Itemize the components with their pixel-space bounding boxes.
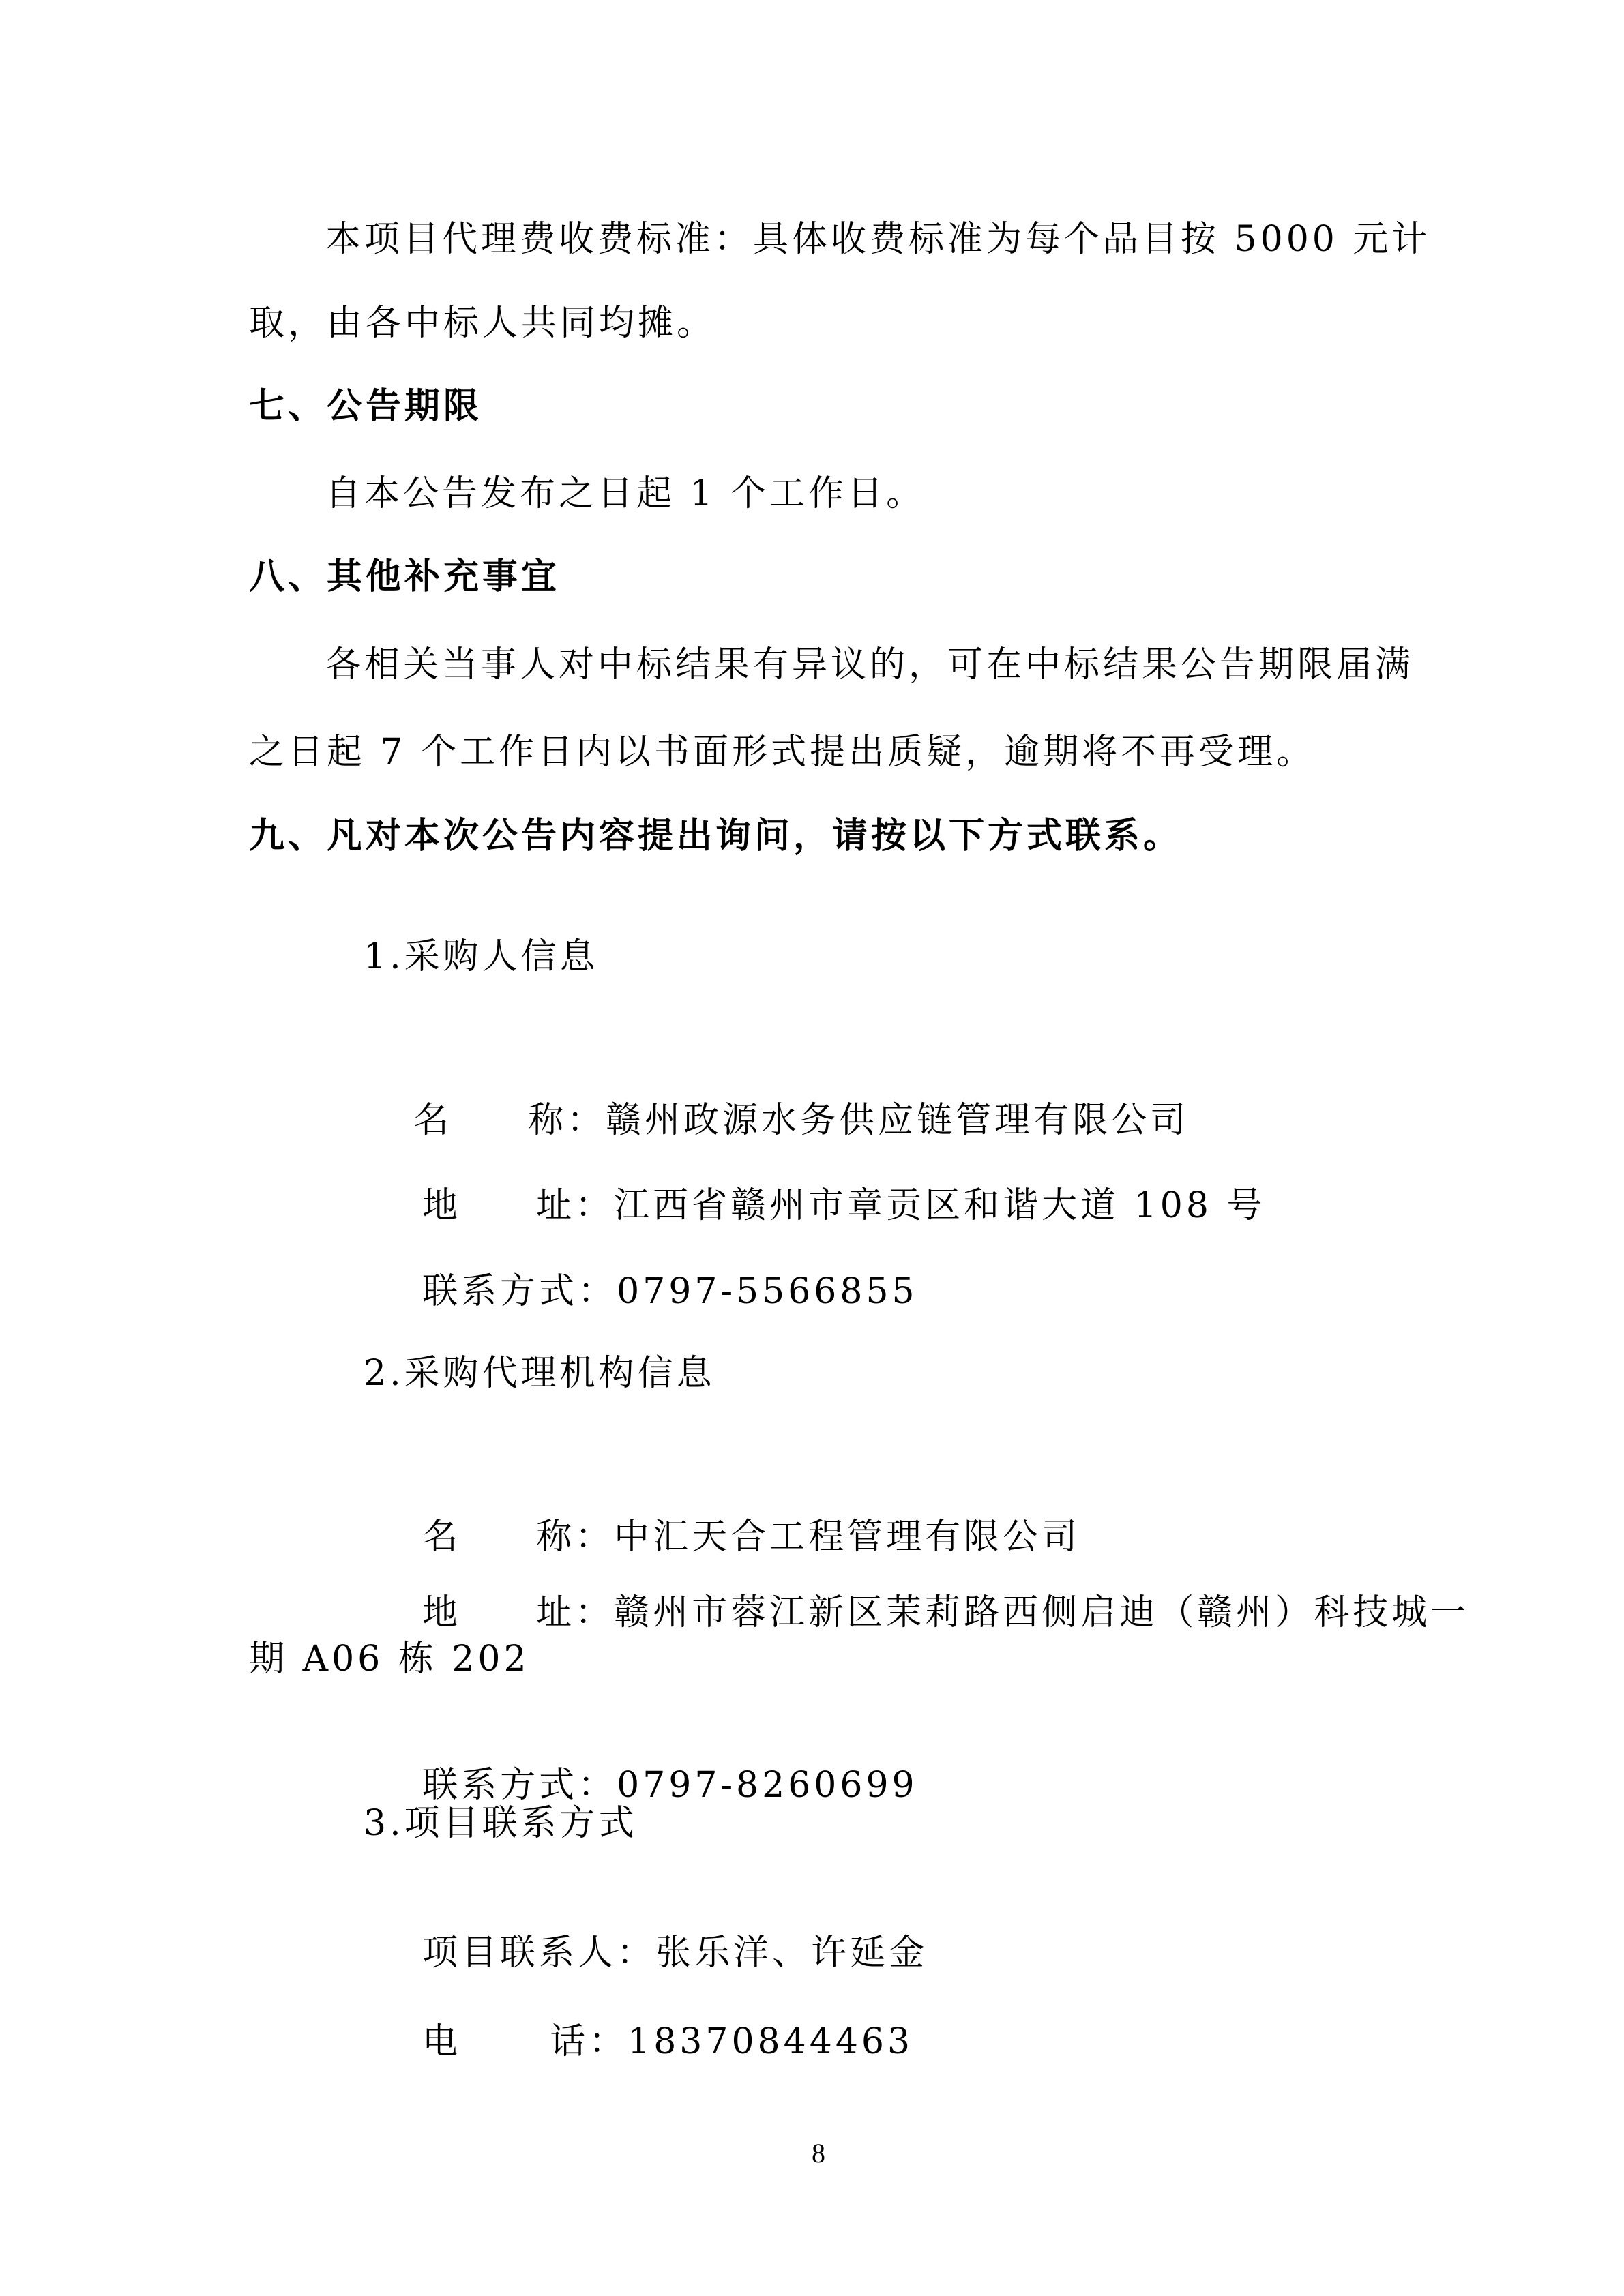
fee-paragraph-line-1: 本项目代理费收费标准：具体收费标准为每个品目按 5000 元计 [325,219,1376,260]
project-contact-people: 张乐洋、许延金 [655,1933,928,1973]
agency-address-value-line-1: 赣州市蓉江新区茉莉路西侧启迪（赣州）科技城一 [614,1592,1469,1633]
purchaser-phone-value: 0797-5566855 [617,1271,918,1312]
agency-address-row: 地址：赣州市蓉江新区茉莉路西侧启迪（赣州）科技城一 [364,1551,1373,1592]
purchaser-info-title: 1.采购人信息 [364,936,599,977]
agency-address-value-line-2: 期 A06 栋 202 [249,1639,530,1680]
agency-address-label-b: 址： [536,1592,614,1633]
project-phone-label-a: 电 [422,2021,550,2062]
project-contact-title: 3.项目联系方式 [364,1803,638,1844]
purchaser-address-value: 江西省赣州市章贡区和谐大道 108 号 [614,1185,1265,1226]
purchaser-address-row: 地址：江西省赣州市章贡区和谐大道 108 号 [364,1144,1265,1185]
project-contact-person-row: 项目联系人：张乐洋、许延金 [364,1892,928,1933]
notice-period-text: 自本公告发布之日起 1 个工作日。 [325,473,925,514]
section-heading-other-matters: 八、其他补充事宜 [249,556,560,597]
agency-phone-row: 联系方式：0797-8260699 [364,1724,918,1765]
document-page: 本项目代理费收费标准：具体收费标准为每个品目按 5000 元计 取，由各中标人共… [0,0,1624,2296]
purchaser-address-label-b: 址： [536,1185,614,1226]
agency-name-row: 名称：中汇天合工程管理有限公司 [364,1476,1080,1517]
agency-phone-value: 0797-8260699 [617,1765,918,1806]
purchaser-name-row: 名称：赣州政源水务供应链管理有限公司 [355,1059,1189,1100]
fee-paragraph-line-2: 取，由各中标人共同均摊。 [249,303,715,344]
purchaser-phone-label: 联系方式： [422,1271,617,1312]
project-phone-label-b: 话： [550,2021,628,2062]
objection-paragraph-line-2: 之日起 7 个工作日内以书面形式提出质疑，逾期将不再受理。 [249,732,1315,773]
section-heading-contact: 九、凡对本次公告内容提出询问，请按以下方式联系。 [249,816,1182,856]
page-number: 8 [798,2140,839,2167]
section-heading-notice-period: 七、公告期限 [249,386,482,427]
project-phone-row: 电话：18370844463 [364,1980,913,2021]
project-phone-value: 18370844463 [628,2021,913,2062]
objection-paragraph-line-1: 各相关当事人对中标结果有异议的，可在中标结果公告期限届满 [325,644,1376,685]
purchaser-name-value: 赣州政源水务供应链管理有限公司 [606,1100,1189,1141]
agency-info-title: 2.采购代理机构信息 [364,1353,715,1394]
purchaser-name-label-b: 称： [528,1100,606,1141]
agency-address-label-a: 地 [422,1592,536,1633]
purchaser-name-label-a: 名 [413,1100,528,1141]
purchaser-phone-row: 联系方式：0797-5566855 [364,1230,918,1271]
purchaser-address-label-a: 地 [422,1185,536,1226]
agency-phone-label: 联系方式： [422,1765,617,1806]
project-contact-label: 项目联系人： [422,1933,655,1973]
